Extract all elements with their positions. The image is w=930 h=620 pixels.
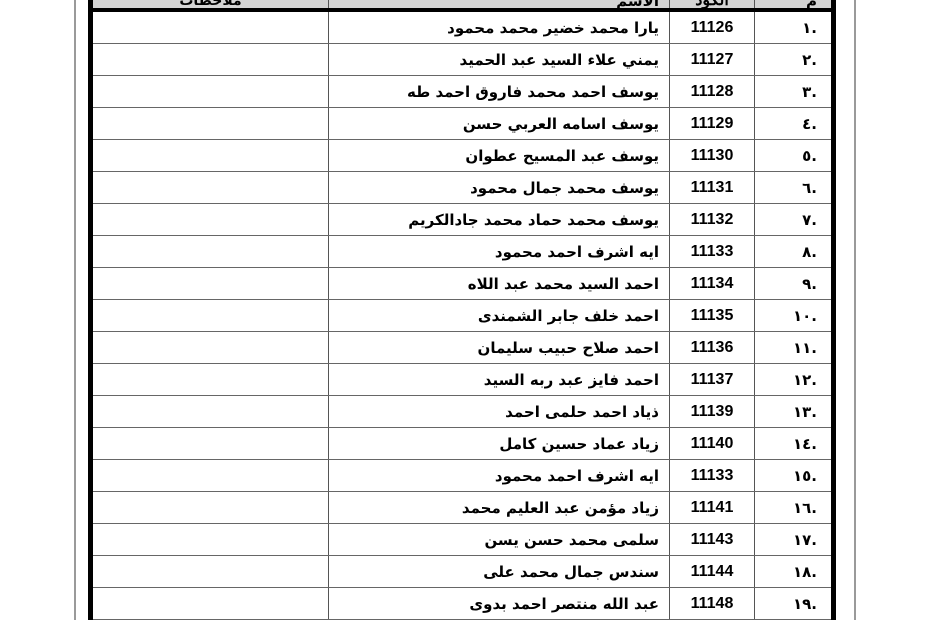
table-row: .٢11127يمني علاء السيد عبد الحميد [93, 44, 831, 76]
table-row: .١٤11140زياد عماد حسين كامل [93, 428, 831, 460]
table-row: .١٨11144سندس جمال محمد على [93, 556, 831, 588]
student-name: احمد صلاح حبيب سليمان [329, 332, 670, 364]
student-code: 11132 [670, 204, 755, 236]
student-table-container: م الكود الاسم ملاحظات .١11126يارا محمد خ… [88, 0, 836, 620]
student-code: 11134 [670, 268, 755, 300]
notes-cell [93, 268, 329, 300]
notes-cell [93, 556, 329, 588]
student-code: 11127 [670, 44, 755, 76]
student-name: احمد فايز عبد ربه السيد [329, 364, 670, 396]
notes-cell [93, 332, 329, 364]
notes-cell [93, 364, 329, 396]
row-number: .٨ [755, 236, 832, 268]
row-number: .١٩ [755, 588, 832, 620]
student-name: زياد عماد حسين كامل [329, 428, 670, 460]
table-row: .٣11128يوسف احمد محمد فاروق احمد طه [93, 76, 831, 108]
row-number: .٤ [755, 108, 832, 140]
student-code: 11136 [670, 332, 755, 364]
header-code: الكود [670, 0, 755, 10]
row-number: .٣ [755, 76, 832, 108]
student-code: 11140 [670, 428, 755, 460]
student-code: 11143 [670, 524, 755, 556]
student-code: 11135 [670, 300, 755, 332]
table-row: .٥11130يوسف عبد المسيح عطوان [93, 140, 831, 172]
student-table: م الكود الاسم ملاحظات .١11126يارا محمد خ… [93, 0, 831, 620]
student-name: سندس جمال محمد على [329, 556, 670, 588]
table-row: .١١11136احمد صلاح حبيب سليمان [93, 332, 831, 364]
student-code: 11137 [670, 364, 755, 396]
student-code: 11133 [670, 460, 755, 492]
header-row: م الكود الاسم ملاحظات [93, 0, 831, 10]
row-number: .١٥ [755, 460, 832, 492]
row-number: .١٧ [755, 524, 832, 556]
notes-cell [93, 300, 329, 332]
student-code: 11133 [670, 236, 755, 268]
student-code: 11126 [670, 10, 755, 44]
student-name: احمد السيد محمد عبد اللاه [329, 268, 670, 300]
student-name: يوسف عبد المسيح عطوان [329, 140, 670, 172]
notes-cell [93, 588, 329, 620]
table-row: .١٩11148عبد الله منتصر احمد بدوى [93, 588, 831, 620]
header-name: الاسم [329, 0, 670, 10]
row-number: .١٤ [755, 428, 832, 460]
student-code: 11131 [670, 172, 755, 204]
table-row: .٧11132يوسف محمد حماد محمد جادالكريم [93, 204, 831, 236]
row-number: .١٣ [755, 396, 832, 428]
table-row: .١٧11143سلمى محمد حسن يسن [93, 524, 831, 556]
header-notes: ملاحظات [93, 0, 329, 10]
notes-cell [93, 428, 329, 460]
student-name: يوسف محمد جمال محمود [329, 172, 670, 204]
row-number: .٥ [755, 140, 832, 172]
table-row: .١٢11137احمد فايز عبد ربه السيد [93, 364, 831, 396]
row-number: .٩ [755, 268, 832, 300]
header-num: م [755, 0, 832, 10]
row-number: .١٦ [755, 492, 832, 524]
table-row: .٩11134احمد السيد محمد عبد اللاه [93, 268, 831, 300]
table-row: .١٥11133ايه اشرف احمد محمود [93, 460, 831, 492]
notes-cell [93, 10, 329, 44]
student-code: 11144 [670, 556, 755, 588]
table-row: .١٠11135احمد خلف جابر الشمندى [93, 300, 831, 332]
student-name: سلمى محمد حسن يسن [329, 524, 670, 556]
student-code: 11148 [670, 588, 755, 620]
student-code: 11130 [670, 140, 755, 172]
row-number: .٦ [755, 172, 832, 204]
notes-cell [93, 44, 329, 76]
student-code: 11128 [670, 76, 755, 108]
notes-cell [93, 108, 329, 140]
row-number: .١٠ [755, 300, 832, 332]
student-name: يوسف احمد محمد فاروق احمد طه [329, 76, 670, 108]
notes-cell [93, 76, 329, 108]
student-name: عبد الله منتصر احمد بدوى [329, 588, 670, 620]
notes-cell [93, 492, 329, 524]
row-number: .٧ [755, 204, 832, 236]
notes-cell [93, 140, 329, 172]
student-name: يوسف اسامه العربي حسن [329, 108, 670, 140]
table-row: .١11126يارا محمد خضير محمد محمود [93, 10, 831, 44]
student-name: يمني علاء السيد عبد الحميد [329, 44, 670, 76]
row-number: .١٨ [755, 556, 832, 588]
student-code: 11139 [670, 396, 755, 428]
student-code: 11141 [670, 492, 755, 524]
table-row: .٤11129يوسف اسامه العربي حسن [93, 108, 831, 140]
row-number: .٢ [755, 44, 832, 76]
row-number: .١٢ [755, 364, 832, 396]
student-code: 11129 [670, 108, 755, 140]
notes-cell [93, 204, 329, 236]
notes-cell [93, 396, 329, 428]
student-name: ذياد احمد حلمى احمد [329, 396, 670, 428]
table-row: .١٦11141زياد مؤمن عبد العليم محمد [93, 492, 831, 524]
student-name: احمد خلف جابر الشمندى [329, 300, 670, 332]
student-name: ايه اشرف احمد محمود [329, 460, 670, 492]
student-name: يارا محمد خضير محمد محمود [329, 10, 670, 44]
page-edge-right [854, 0, 856, 620]
row-number: .١ [755, 10, 832, 44]
page-edge-left [74, 0, 76, 620]
notes-cell [93, 460, 329, 492]
notes-cell [93, 524, 329, 556]
student-name: يوسف محمد حماد محمد جادالكريم [329, 204, 670, 236]
student-name: زياد مؤمن عبد العليم محمد [329, 492, 670, 524]
notes-cell [93, 172, 329, 204]
row-number: .١١ [755, 332, 832, 364]
student-name: ايه اشرف احمد محمود [329, 236, 670, 268]
notes-cell [93, 236, 329, 268]
table-row: .٦11131يوسف محمد جمال محمود [93, 172, 831, 204]
table-row: .٨11133ايه اشرف احمد محمود [93, 236, 831, 268]
table-row: .١٣11139ذياد احمد حلمى احمد [93, 396, 831, 428]
